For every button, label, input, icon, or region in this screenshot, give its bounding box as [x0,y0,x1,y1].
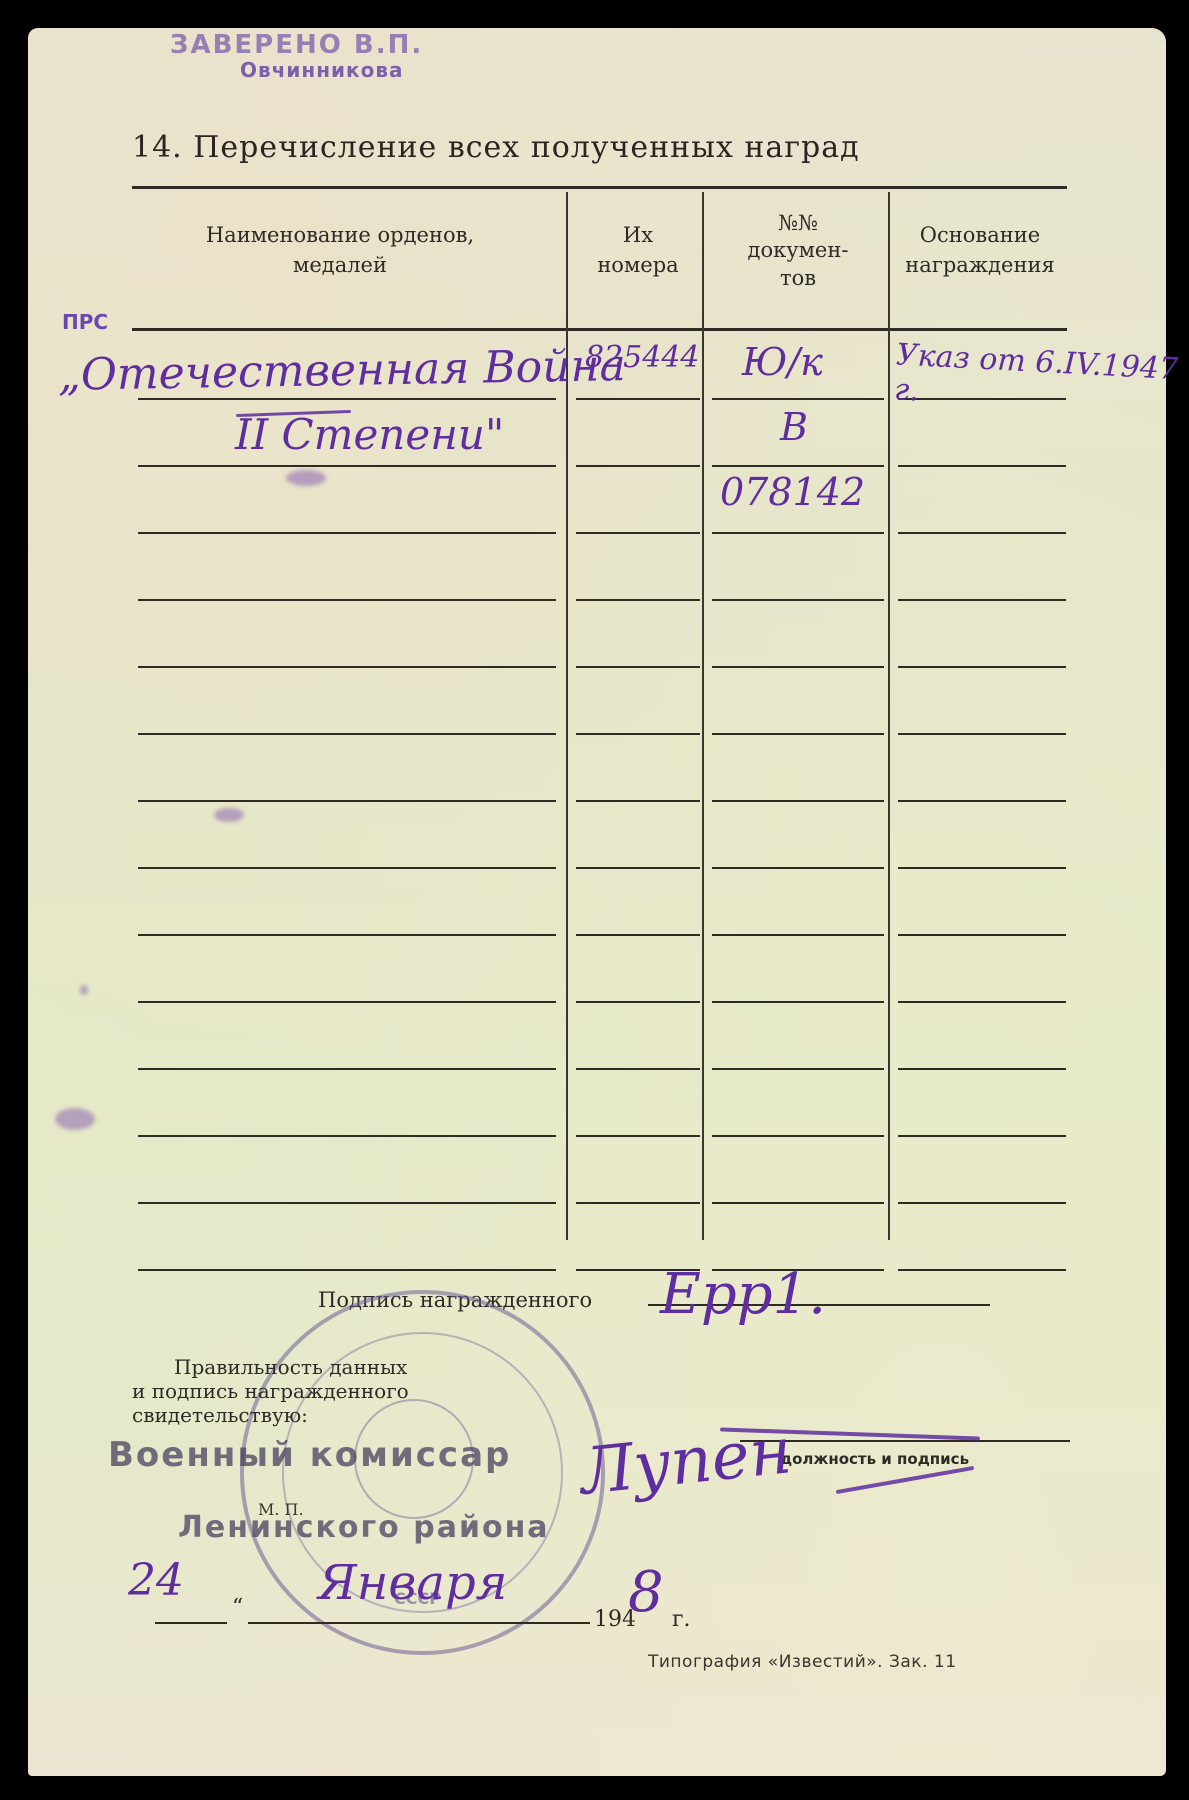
table-row-rule [576,599,700,601]
table-header-rule [132,328,1067,331]
table-row-rule [138,1068,556,1070]
table-row-rule [576,800,700,802]
date-month: Января [318,1555,507,1611]
table-row-rule [712,666,884,668]
table-row-rule [898,1068,1066,1070]
table-row-rule [712,1001,884,1003]
position-signature-label: должность и подпись [780,1450,969,1468]
date-year-unit: г. [672,1607,691,1632]
table-row-rule [898,599,1066,601]
table-row-rule [898,532,1066,534]
table-row-rule [138,733,556,735]
header-line: награждения [890,250,1070,280]
ink-blot [55,1108,95,1130]
table-row-rule [138,934,556,936]
table-row-rule [576,398,700,400]
header-line: докумен- [712,237,884,264]
column-header-documents: №№ докумен- тов [712,210,884,292]
table-row-rule [712,1135,884,1137]
mp-mark: М. П. [258,1500,304,1519]
document-number-line2: В [780,405,808,449]
date-year-suffix: 8 [628,1560,664,1625]
header-line: Основание [890,220,1070,250]
printer-imprint: Типография «Известий». Зак. 11 [648,1652,957,1672]
table-row-rule [712,867,884,869]
table-row-rule [712,1068,884,1070]
table-row-rule [138,1135,556,1137]
column-header-award-name: Наименование орденов, медалей [140,220,540,281]
document-number-line1: Ю/к [742,340,823,384]
table-row-rule [712,800,884,802]
table-row-rule [898,800,1066,802]
table-row-rule [712,398,884,400]
header-line: №№ [712,210,884,237]
recipient-signature: Ерр1. [660,1262,826,1327]
table-row-rule [576,867,700,869]
date-quote: “ [232,1595,243,1620]
table-row-rule [898,465,1066,467]
header-line: Наименование орденов, [140,220,540,250]
header-line: номера [568,250,708,280]
date-month-line [248,1622,590,1624]
table-row-rule [138,1269,556,1271]
table-row-rule [576,532,700,534]
verification-line: свидетельствую: [132,1403,492,1427]
award-name-line2: II Степени" [235,410,504,459]
table-row-rule [138,867,556,869]
certified-stamp-line1: ЗАВЕРЕНО В.П. [170,30,423,60]
table-row-rule [898,1202,1066,1204]
section-title: 14. Перечисление всех полученных наград [132,130,860,165]
header-line: Их [568,220,708,250]
table-row-rule [898,1135,1066,1137]
table-row-rule [712,599,884,601]
table-row-rule [576,1068,700,1070]
table-row-rule [712,1202,884,1204]
table-row-rule [576,1135,700,1137]
table-row-rule [712,934,884,936]
table-row-rule [576,465,700,467]
table-row-rule [576,733,700,735]
commissar-stamp-line2: Ленинского района [178,1510,550,1545]
table-row-rule [898,934,1066,936]
table-row-rule [712,733,884,735]
table-row-rule [712,532,884,534]
table-row-rule [576,934,700,936]
margin-stamp: ПРС [62,310,108,334]
ink-blot [286,470,326,486]
table-row-rule [138,465,556,467]
header-line: медалей [140,250,540,280]
table-row-rule [898,733,1066,735]
table-row-rule [138,1001,556,1003]
column-divider-2 [702,192,704,1240]
ink-blot [214,808,244,822]
table-row-rule [138,800,556,802]
table-row-rule [898,666,1066,668]
commissar-stamp-line1: Военный комиссар [108,1435,511,1475]
award-number: 825444 [585,340,700,375]
table-row-rule [576,1001,700,1003]
table-row-rule [138,599,556,601]
date-day-line [155,1622,227,1624]
verification-text: Правильность данных и подпись награжденн… [132,1355,492,1427]
verification-line: Правильность данных [132,1355,492,1379]
table-row-rule [898,1269,1066,1271]
ink-blot [80,985,88,995]
column-header-basis: Основание награждения [890,220,1070,281]
table-row-rule [138,532,556,534]
award-name-line1: „Отечественная Война [58,340,627,401]
verification-line: и подпись награжденного [132,1379,492,1403]
column-header-numbers: Их номера [568,220,708,281]
table-row-rule [576,666,700,668]
table-row-rule [138,666,556,668]
table-row-rule [576,1202,700,1204]
table-row-rule [712,465,884,467]
date-day: 24 [128,1555,184,1606]
certified-stamp-line2: Овчинникова [240,58,404,82]
document-number-line3: 078142 [720,470,865,514]
table-row-rule [898,1001,1066,1003]
table-row-rule [898,867,1066,869]
column-divider-3 [888,192,890,1240]
table-top-rule [132,186,1067,189]
header-line: тов [712,265,884,292]
table-row-rule [138,1202,556,1204]
